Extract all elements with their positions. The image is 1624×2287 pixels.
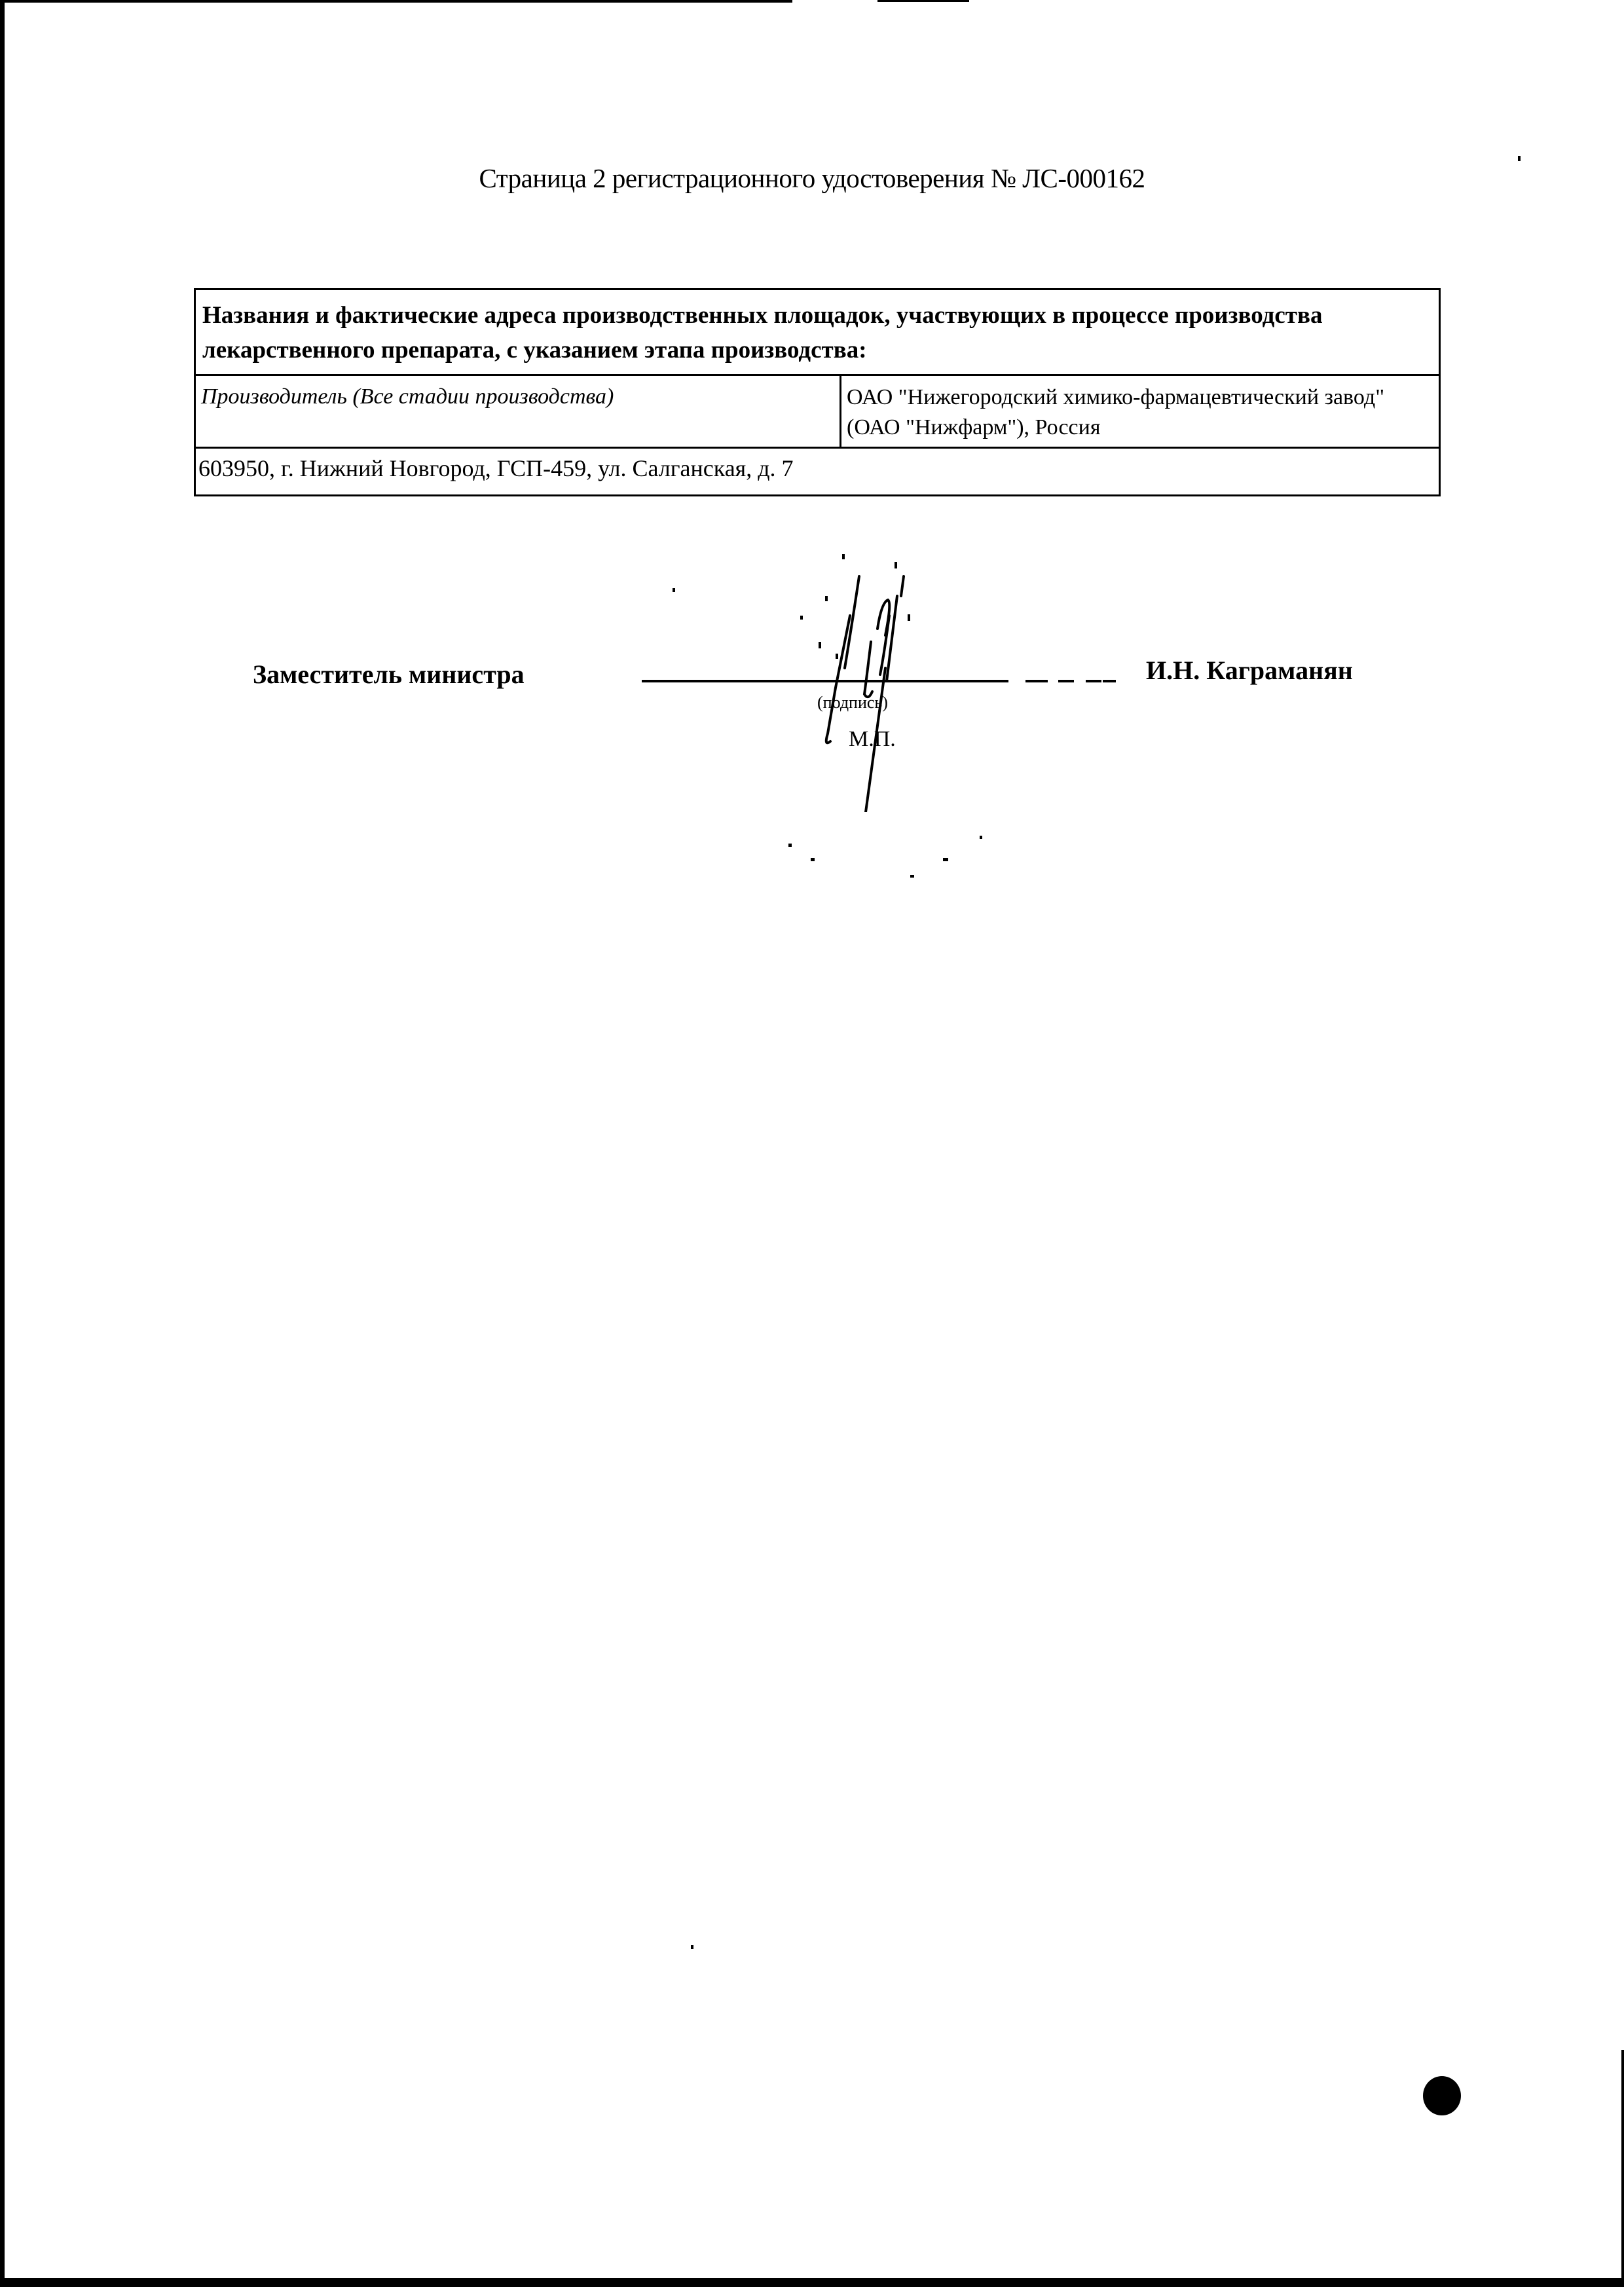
scan-speck <box>673 588 675 592</box>
scan-speck <box>980 836 982 839</box>
scan-border-top <box>0 0 792 3</box>
production-sites-table: Названия и фактические адреса производст… <box>194 288 1441 496</box>
scan-border-bottom <box>0 2278 1624 2287</box>
scan-border-top-fragment <box>877 0 969 2</box>
manufacturer-role: Производитель (Все стадии производства) <box>196 376 841 447</box>
scan-speck <box>910 875 914 878</box>
signature-line-dash <box>1103 680 1116 682</box>
page-title: Страница 2 регистрационного удостоверени… <box>0 162 1624 194</box>
handwritten-signature-icon <box>773 537 995 812</box>
manufacturer-address: 603950, г. Нижний Новгород, ГСП-459, ул.… <box>196 449 1439 494</box>
scan-speck <box>788 844 792 847</box>
scan-border-right <box>1621 2050 1624 2287</box>
signature-line-dash <box>1086 680 1101 682</box>
scan-speck <box>1518 156 1521 161</box>
manufacturer-organization: ОАО "Нижегородский химико-фармацевтическ… <box>841 376 1439 447</box>
scan-speck <box>811 858 815 861</box>
scan-speck <box>943 858 948 861</box>
signatory-position: Заместитель министра <box>253 659 525 690</box>
signatory-name: И.Н. Каграманян <box>1146 655 1353 686</box>
signature-line-dash <box>1025 680 1048 682</box>
scan-speck <box>691 1945 693 1949</box>
scan-artifact-dot <box>1423 2076 1461 2115</box>
table-row: Производитель (Все стадии производства) … <box>196 376 1439 449</box>
table-header: Названия и фактические адреса производст… <box>196 290 1439 376</box>
scan-border-left <box>0 0 5 2287</box>
signature-line-dash <box>1058 680 1074 682</box>
